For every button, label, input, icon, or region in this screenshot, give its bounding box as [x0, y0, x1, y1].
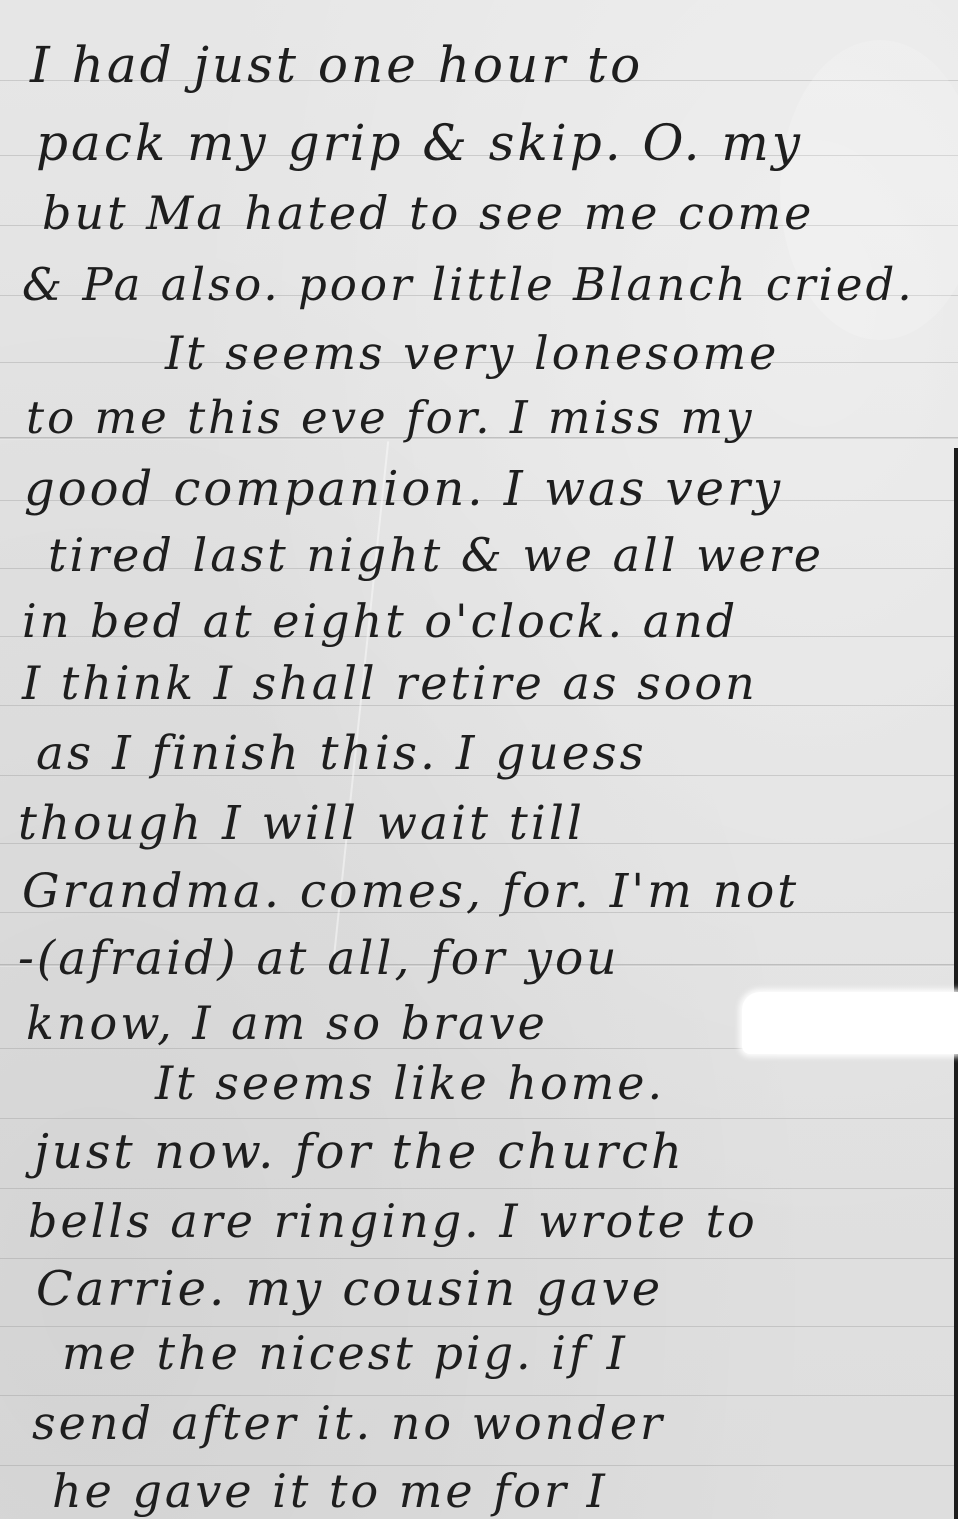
ruled-line	[0, 1188, 958, 1189]
handwritten-line: I think I shall retire as soon	[22, 660, 758, 706]
handwritten-line: me the nicest pig. if I	[62, 1330, 628, 1376]
handwritten-line: Grandma. comes, for. I'm not	[22, 868, 799, 915]
handwritten-line: as I finish this. I guess	[36, 730, 647, 777]
handwritten-line: It seems like home.	[155, 1060, 665, 1106]
handwritten-line: know, I am so brave	[26, 1000, 548, 1046]
ruled-line	[0, 1258, 958, 1259]
ruled-line	[0, 1118, 958, 1119]
handwritten-line: Carrie. my cousin gave	[36, 1265, 663, 1313]
page-edge	[954, 448, 958, 1519]
letter-page: I had just one hour to pack my grip & sk…	[0, 0, 958, 1519]
handwritten-line: -(afraid) at all, for you	[18, 935, 620, 982]
handwritten-line: though I will wait till	[18, 800, 585, 847]
handwritten-line: & Pa also. poor little Blanch cried.	[22, 262, 915, 307]
handwritten-line: he gave it to me for I	[52, 1468, 608, 1514]
handwritten-line: pack my grip & skip. O. my	[36, 118, 803, 168]
handwritten-line: in bed at eight o'clock. and	[22, 598, 738, 644]
handwritten-line: send after it. no wonder	[32, 1400, 665, 1446]
handwritten-line: good companion. I was very	[24, 465, 783, 513]
handwritten-line: just now. for the church	[34, 1128, 685, 1176]
handwritten-line: bells are ringing. I wrote to	[28, 1198, 758, 1244]
handwritten-line: to me this eve for. I miss my	[26, 395, 755, 440]
handwritten-line: but Ma hated to see me come	[42, 190, 814, 236]
handwritten-line: tired last night & we all were	[48, 532, 824, 578]
handwritten-line: It seems very lonesome	[165, 330, 779, 376]
torn-corner	[742, 992, 958, 1054]
handwritten-line: I had just one hour to	[30, 40, 643, 90]
